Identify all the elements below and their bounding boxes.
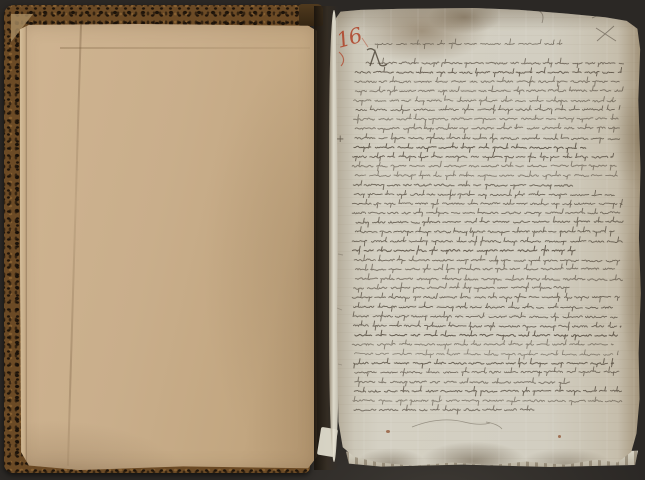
left-endpaper-page — [20, 24, 317, 470]
body-text-lines — [352, 58, 623, 414]
handwriting-line — [354, 283, 570, 293]
handwriting-line — [355, 330, 618, 340]
handwriting-line — [353, 396, 622, 405]
handwriting-line — [354, 405, 534, 414]
handwriting-svg — [336, 8, 642, 468]
handwriting-line — [356, 264, 615, 273]
handwriting-line — [352, 246, 575, 256]
photo-backdrop: 16 + — [0, 0, 645, 480]
handwriting-line — [354, 114, 618, 124]
handwriting-line — [352, 161, 616, 171]
page-crease — [67, 24, 82, 466]
handwriting-line — [375, 39, 562, 49]
handwriting-line — [366, 58, 624, 68]
handwriting-line — [356, 274, 623, 284]
handwriting-line — [354, 321, 622, 331]
handwriting-line — [356, 105, 620, 115]
board-ridge — [60, 47, 310, 49]
handwriting-line — [354, 96, 616, 105]
handwriting-line — [354, 143, 586, 153]
handwriting-line — [355, 133, 620, 143]
manuscript-page: 16 + — [336, 8, 642, 468]
handwriting-line — [356, 217, 623, 227]
pastedown-hinge — [20, 24, 27, 470]
handwriting-line — [352, 208, 620, 217]
handwriting-line — [354, 255, 620, 265]
handwriting-line — [354, 358, 614, 368]
handwriting-line — [354, 190, 614, 200]
handwriting-line — [355, 86, 623, 96]
heading-line — [375, 39, 562, 49]
handwriting-line — [353, 152, 614, 162]
rust-spot — [558, 435, 561, 438]
handwriting-line — [352, 199, 622, 209]
handwriting-line — [354, 386, 621, 396]
handwriting-line — [355, 349, 619, 359]
rust-spot — [386, 430, 390, 433]
handwriting-line — [352, 236, 622, 246]
handwriting-line — [355, 367, 619, 376]
handwriting-line — [352, 293, 619, 303]
handwriting-line — [355, 123, 619, 133]
handwriting-line — [355, 67, 621, 77]
handwriting-line — [355, 171, 617, 180]
handwriting-line — [355, 77, 620, 87]
handwriting-line — [353, 302, 612, 311]
handwriting-line — [355, 377, 570, 387]
margin-cross-mark: + — [336, 134, 344, 145]
handwriting-line — [353, 181, 572, 190]
handwriting-line — [352, 339, 613, 349]
handwriting-line — [355, 226, 614, 236]
handwriting-line — [353, 312, 617, 322]
